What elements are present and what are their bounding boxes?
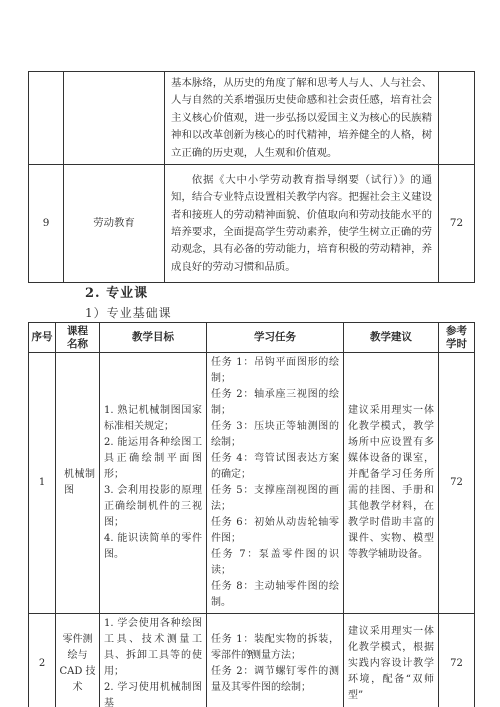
task-item: 任务 4：弯管试图表达方案的确定； [211, 451, 339, 483]
table-row: 1 机械制图 1. 熟记机械制图国家标准相关规定； 2. 能运用各种绘图工具正确… [29, 353, 475, 614]
table-header-row: 序号 课程名称 教学目标 学习任务 教学建议 参考学时 [29, 323, 475, 353]
goal-item: 1. 熟记机械制图国家标准相关规定； [104, 403, 202, 435]
header-seq: 序号 [29, 323, 56, 353]
general-course-table-continued: 基本脉络，从历史的角度了解和思考人与人、人与社会、人与自然的关系增强历史使命感和… [28, 71, 475, 283]
teaching-goals-cell: 1. 熟记机械制图国家标准相关规定； 2. 能运用各种绘图工具正确绘制平面图形；… [100, 353, 207, 614]
seq-cell: 9 [29, 165, 64, 283]
teaching-goals-cell: 1. 学会使用各种绘图工具、技术测量工具、拆卸工具等的使用； 2. 学习使用机械… [100, 614, 207, 707]
course-description-cell: 基本脉络，从历史的角度了解和思考人与人、人与社会、人与自然的关系增强历史使命感和… [165, 72, 439, 165]
task-item: 任务 3：压块正等轴测图的绘制； [211, 419, 339, 451]
course-name-cell [64, 72, 165, 165]
seq-cell: 2 [29, 614, 56, 707]
task-item: 任务 7：泵盖零件图的识读； [211, 547, 339, 579]
header-learning-tasks: 学习任务 [207, 323, 344, 353]
learning-tasks-cell: 任务 1：吊钩平面图形的绘制； 任务 2：轴承座三视图的绘制； 任务 3：压块正… [207, 353, 344, 614]
hours-cell [439, 72, 475, 165]
goal-item: 2. 能运用各种绘图工具正确绘制平面图形； [104, 435, 202, 483]
course-name-cell: 零件测绘与CAD 技术 [56, 614, 100, 707]
teaching-advice-cell: 建议采用理实一体化教学模式，根据实践内容设计教学环境，配备“双师型” [344, 614, 439, 707]
teaching-advice-cell: 建议采用理实一体化教学模式，教学场所中应设置有多媒体设备的课室，并配备学习任务所… [344, 353, 439, 614]
table-row: 9 劳动教育 依据《大中小学劳动教育指导纲要（试行）》的通知，结合专业特点设置相… [29, 165, 475, 283]
task-item: 任务 1：装配实物的拆装，零部件的测量方法； [211, 632, 339, 664]
learning-tasks-cell: 任务 1：装配实物的拆装，零部件的测量方法； 任务 2：调节螺钉零件的测量及其零… [207, 614, 344, 707]
course-description-cell: 依据《大中小学劳动教育指导纲要（试行）》的通知，结合专业特点设置相关教学内容。把… [165, 165, 439, 283]
header-course-name: 课程名称 [56, 323, 100, 353]
header-teaching-advice: 教学建议 [344, 323, 439, 353]
task-item: 任务 6：初始从动齿轮轴零件图； [211, 515, 339, 547]
task-item: 任务 2：调节螺钉零件的测量及其零件图的绘制； [211, 664, 339, 696]
task-item: 任务 8：主动轴零件图的绘制。 [211, 579, 339, 611]
goal-item: 4. 能识读简单的零件图。 [104, 531, 202, 563]
goal-item: 1. 学会使用各种绘图工具、技术测量工具、拆卸工具等的使用； [104, 616, 202, 680]
table-row: 基本脉络，从历史的角度了解和思考人与人、人与社会、人与自然的关系增强历史使命感和… [29, 72, 475, 165]
hours-cell: 72 [439, 614, 475, 707]
description-text: 依据《大中小学劳动教育指导纲要（试行）》的通知，结合专业特点设置相关教学内容。把… [171, 172, 432, 276]
hours-cell: 72 [439, 165, 475, 283]
header-teaching-goals: 教学目标 [100, 323, 207, 353]
page-number: 9 [0, 649, 500, 658]
section-heading: 2. 专业课 [85, 282, 148, 301]
table-row: 2 零件测绘与CAD 技术 1. 学会使用各种绘图工具、技术测量工具、拆卸工具等… [29, 614, 475, 707]
subsection-heading: 1）专业基础课 [85, 304, 172, 321]
hours-cell: 72 [439, 353, 475, 614]
course-name-cell: 劳动教育 [64, 165, 165, 283]
course-name-cell: 机械制图 [56, 353, 100, 614]
task-item: 任务 1：吊钩平面图形的绘制； [211, 355, 339, 387]
goal-item: 2. 学习使用机械制图基 [104, 680, 202, 707]
task-item: 任务 5：支撑座剖视图的画法； [211, 483, 339, 515]
goal-item: 3. 会利用投影的原理正确绘制机件的三视图； [104, 483, 202, 531]
header-reference-hours: 参考学时 [439, 323, 475, 353]
seq-cell: 1 [29, 353, 56, 614]
description-text: 基本脉络，从历史的角度了解和思考人与人、人与社会、人与自然的关系增强历史使命感和… [171, 75, 432, 162]
task-item: 任务 2：轴承座三视图的绘制； [211, 387, 339, 419]
seq-cell [29, 72, 64, 165]
